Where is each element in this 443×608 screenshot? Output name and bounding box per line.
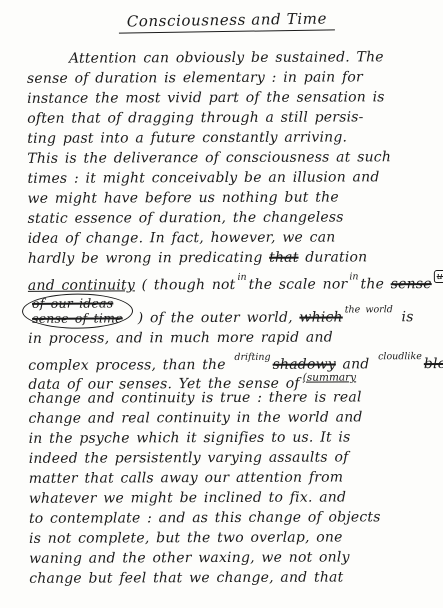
manuscript-line: to contemplate : and as this change of o… bbox=[29, 507, 430, 529]
manuscript-line: matter that calls away our attention fro… bbox=[29, 467, 430, 489]
line-text: waning and the other waxing, we not only bbox=[29, 549, 350, 566]
page-title: Consciousness and Time bbox=[119, 9, 336, 33]
inserted-text: the world bbox=[345, 304, 393, 315]
line-text: change and continuity is true : there is… bbox=[28, 389, 361, 406]
line-text: hardly be wrong in predicating bbox=[28, 250, 269, 267]
manuscript-line: we might have before us nothing but the bbox=[27, 187, 428, 209]
manuscript-line: complex process, than the driftingshadow… bbox=[28, 347, 429, 369]
inserted-text: cloudlike bbox=[378, 351, 422, 362]
line-text: whatever we might be inclined to fix. an… bbox=[29, 489, 346, 506]
manuscript-line: is not complete, but the two overlap, on… bbox=[29, 527, 430, 549]
circled-deletion: of our ideassense of time bbox=[22, 293, 133, 328]
inserted-text: in bbox=[349, 271, 358, 282]
inserted-text: drifting bbox=[234, 352, 270, 363]
struck-text: blotted bbox=[424, 356, 443, 372]
line-text: matter that calls away our attention fro… bbox=[29, 469, 344, 486]
manuscript-line: in process, and in much more rapid and bbox=[28, 327, 429, 349]
manuscript-line: This is the deliverance of consciousness… bbox=[27, 147, 428, 169]
line-rest: ) of the outer world, whichthe world is bbox=[138, 300, 414, 328]
manuscript-line: static essence of duration, the changele… bbox=[28, 207, 429, 229]
manuscript-line: change and continuity is true : there is… bbox=[28, 387, 429, 409]
manuscript-line: Attention can obviously be sustained. Th… bbox=[27, 47, 428, 69]
line-text: ) of the outer world, bbox=[138, 310, 300, 327]
manuscript-line: idea of change. In fact, however, we can bbox=[28, 227, 429, 249]
line-text: in the psyche which it signifies to us. … bbox=[29, 429, 351, 446]
manuscript-line: times : it might conceivably be an illus… bbox=[27, 167, 428, 189]
manuscript-body: Attention can obviously be sustained. Th… bbox=[27, 47, 430, 589]
manuscript-line: and continuity ( though notinthe scale n… bbox=[28, 267, 429, 289]
line-text: change and real continuity in the world … bbox=[28, 409, 362, 426]
manuscript-line: often that of dragging through a still p… bbox=[27, 107, 428, 129]
manuscript-line: indeed the persistently varying assaults… bbox=[29, 447, 430, 469]
line-text: to contemplate : and as this change of o… bbox=[29, 509, 381, 527]
title-row: Consciousness and Time bbox=[27, 9, 428, 33]
manuscript-line: in the psyche which it signifies to us. … bbox=[29, 427, 430, 449]
line-text: duration bbox=[299, 249, 368, 265]
manuscript-line: instance the most vivid part of the sens… bbox=[27, 87, 428, 109]
struck-text: sense of time bbox=[32, 310, 123, 325]
line-text: static essence of duration, the changele… bbox=[28, 209, 344, 226]
line-text: is not complete, but the two overlap, on… bbox=[29, 529, 343, 546]
line-text: the bbox=[361, 276, 391, 292]
line-text: is bbox=[395, 309, 414, 325]
struck-text: that bbox=[269, 250, 298, 266]
manuscript-line: sense of duration is elementary : in pai… bbox=[27, 67, 428, 89]
line-text: in process, and in much more rapid and bbox=[28, 330, 333, 347]
margin-insert: (summary bbox=[303, 371, 356, 383]
line-text: instance the most vivid part of the sens… bbox=[27, 89, 385, 107]
inserted-text: in bbox=[237, 272, 246, 283]
manuscript-page: Consciousness and Time Attention can obv… bbox=[0, 0, 443, 608]
line-text: the scale nor bbox=[249, 276, 348, 292]
line-text: ( though not bbox=[135, 277, 236, 293]
underlined-text: and continuity bbox=[28, 277, 135, 293]
line-text: ting past into a future constantly arriv… bbox=[27, 129, 347, 146]
line-text: often that of dragging through a still p… bbox=[27, 109, 363, 126]
manuscript-line: waning and the other waxing, we not only bbox=[29, 547, 430, 569]
line-text: sense of duration is elementary : in pai… bbox=[27, 69, 363, 86]
manuscript-line: change and real continuity in the world … bbox=[28, 407, 429, 429]
struck-text: which bbox=[299, 309, 342, 325]
line-text: idea of change. In fact, however, we can bbox=[28, 230, 336, 247]
manuscript-line: whatever we might be inclined to fix. an… bbox=[29, 487, 430, 509]
boxed-insert: units bbox=[434, 270, 443, 283]
line-text: This is the deliverance of consciousness… bbox=[27, 149, 391, 167]
line-text: Attention can obviously be sustained. Th… bbox=[69, 49, 384, 66]
line-text: indeed the persistently varying assaults… bbox=[29, 449, 349, 466]
line-text: we might have before us nothing but the bbox=[28, 189, 339, 206]
struck-text: of our ideas bbox=[32, 295, 123, 310]
manuscript-line: ting past into a future constantly arriv… bbox=[27, 127, 428, 149]
manuscript-line: of our ideassense of time) of the outer … bbox=[28, 287, 429, 329]
line-text: times : it might conceivably be an illus… bbox=[27, 169, 379, 187]
manuscript-line: change but feel that we change, and that bbox=[29, 567, 430, 589]
manuscript-line: hardly be wrong in predicating that dura… bbox=[28, 247, 429, 269]
struck-text: sense bbox=[391, 276, 432, 292]
line-text: change but feel that we change, and that bbox=[29, 569, 343, 586]
